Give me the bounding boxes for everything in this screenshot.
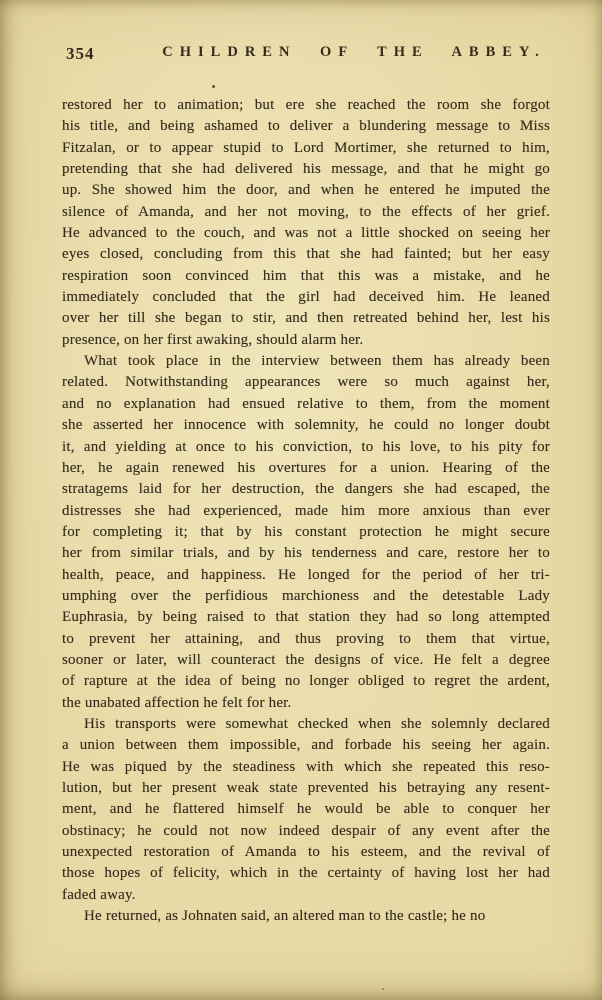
ink-speck [382, 988, 384, 990]
text-line: a union between them impossible, and for… [62, 735, 550, 756]
text-line: What took place in the interview between… [62, 351, 550, 372]
text-line: stratagems laid for her destruction, the… [62, 479, 550, 500]
text-line: Fitzalan, or to appear stupid to Lord Mo… [62, 138, 550, 159]
text-line: her from similar trials, and by his tend… [62, 543, 550, 564]
text-line: related. Notwithstanding appearances wer… [62, 372, 550, 393]
book-page: 354 CHILDREN OF THE ABBEY. restored her … [0, 0, 602, 1000]
page-body: restored her to animation; but ere she r… [62, 95, 550, 927]
text-line: His transports were somewhat checked whe… [62, 714, 550, 735]
text-line: health, peace, and happiness. He longed … [62, 565, 550, 586]
paragraph: restored her to animation; but ere she r… [62, 95, 550, 351]
text-line: and no explanation had ensued relative t… [62, 394, 550, 415]
text-line: she asserted her innocence with solemnit… [62, 415, 550, 436]
text-line: for completing it; that by his constant … [62, 522, 550, 543]
text-line: his title, and being ashamed to deliver … [62, 116, 550, 137]
paragraph: He returned, as Johnaten said, an altere… [62, 906, 550, 927]
text-line: pretending that she had delivered his me… [62, 159, 550, 180]
text-line: obstinacy; he could not now indeed despa… [62, 821, 550, 842]
text-line: over her till she began to stir, and the… [62, 308, 550, 329]
ink-speck [212, 85, 215, 88]
text-line: ment, and he flattered himself he would … [62, 799, 550, 820]
text-line: to prevent her attaining, and thus provi… [62, 629, 550, 650]
text-line: lution, but her present weak state preve… [62, 778, 550, 799]
paragraph: What took place in the interview between… [62, 351, 550, 714]
running-title: CHILDREN OF THE ABBEY. [158, 44, 550, 61]
running-head: 354 CHILDREN OF THE ABBEY. [62, 44, 550, 66]
text-line: those hopes of felicity, which in the ce… [62, 863, 550, 884]
text-line: umphing over the perfidious marchioness … [62, 586, 550, 607]
text-line: the unabated affection he felt for her. [62, 693, 550, 714]
text-line: her, he again renewed his overtures for … [62, 458, 550, 479]
text-line: distresses she had experienced, made him… [62, 501, 550, 522]
text-line: up. She showed him the door, and when he… [62, 180, 550, 201]
text-line: silence of Amanda, and her not moving, t… [62, 202, 550, 223]
page-number: 354 [66, 44, 95, 64]
text-line: Euphrasia, by being raised to that stati… [62, 607, 550, 628]
text-line: faded away. [62, 885, 550, 906]
text-line: eyes closed, concluding from this that s… [62, 244, 550, 265]
text-line: it, and yielding at once to his convicti… [62, 437, 550, 458]
text-line: sooner or later, will counteract the des… [62, 650, 550, 671]
text-line: immediately concluded that the girl had … [62, 287, 550, 308]
text-line: He returned, as Johnaten said, an altere… [62, 906, 550, 927]
text-line: unexpected restoration of Amanda to his … [62, 842, 550, 863]
text-line: respiration soon convinced him that this… [62, 266, 550, 287]
text-line: He was piqued by the steadiness with whi… [62, 757, 550, 778]
text-line: restored her to animation; but ere she r… [62, 95, 550, 116]
text-line: of rapture at the idea of being no longe… [62, 671, 550, 692]
text-line: He advanced to the couch, and was not a … [62, 223, 550, 244]
paragraph: His transports were somewhat checked whe… [62, 714, 550, 906]
text-line: presence, on her first awaking, should a… [62, 330, 550, 351]
